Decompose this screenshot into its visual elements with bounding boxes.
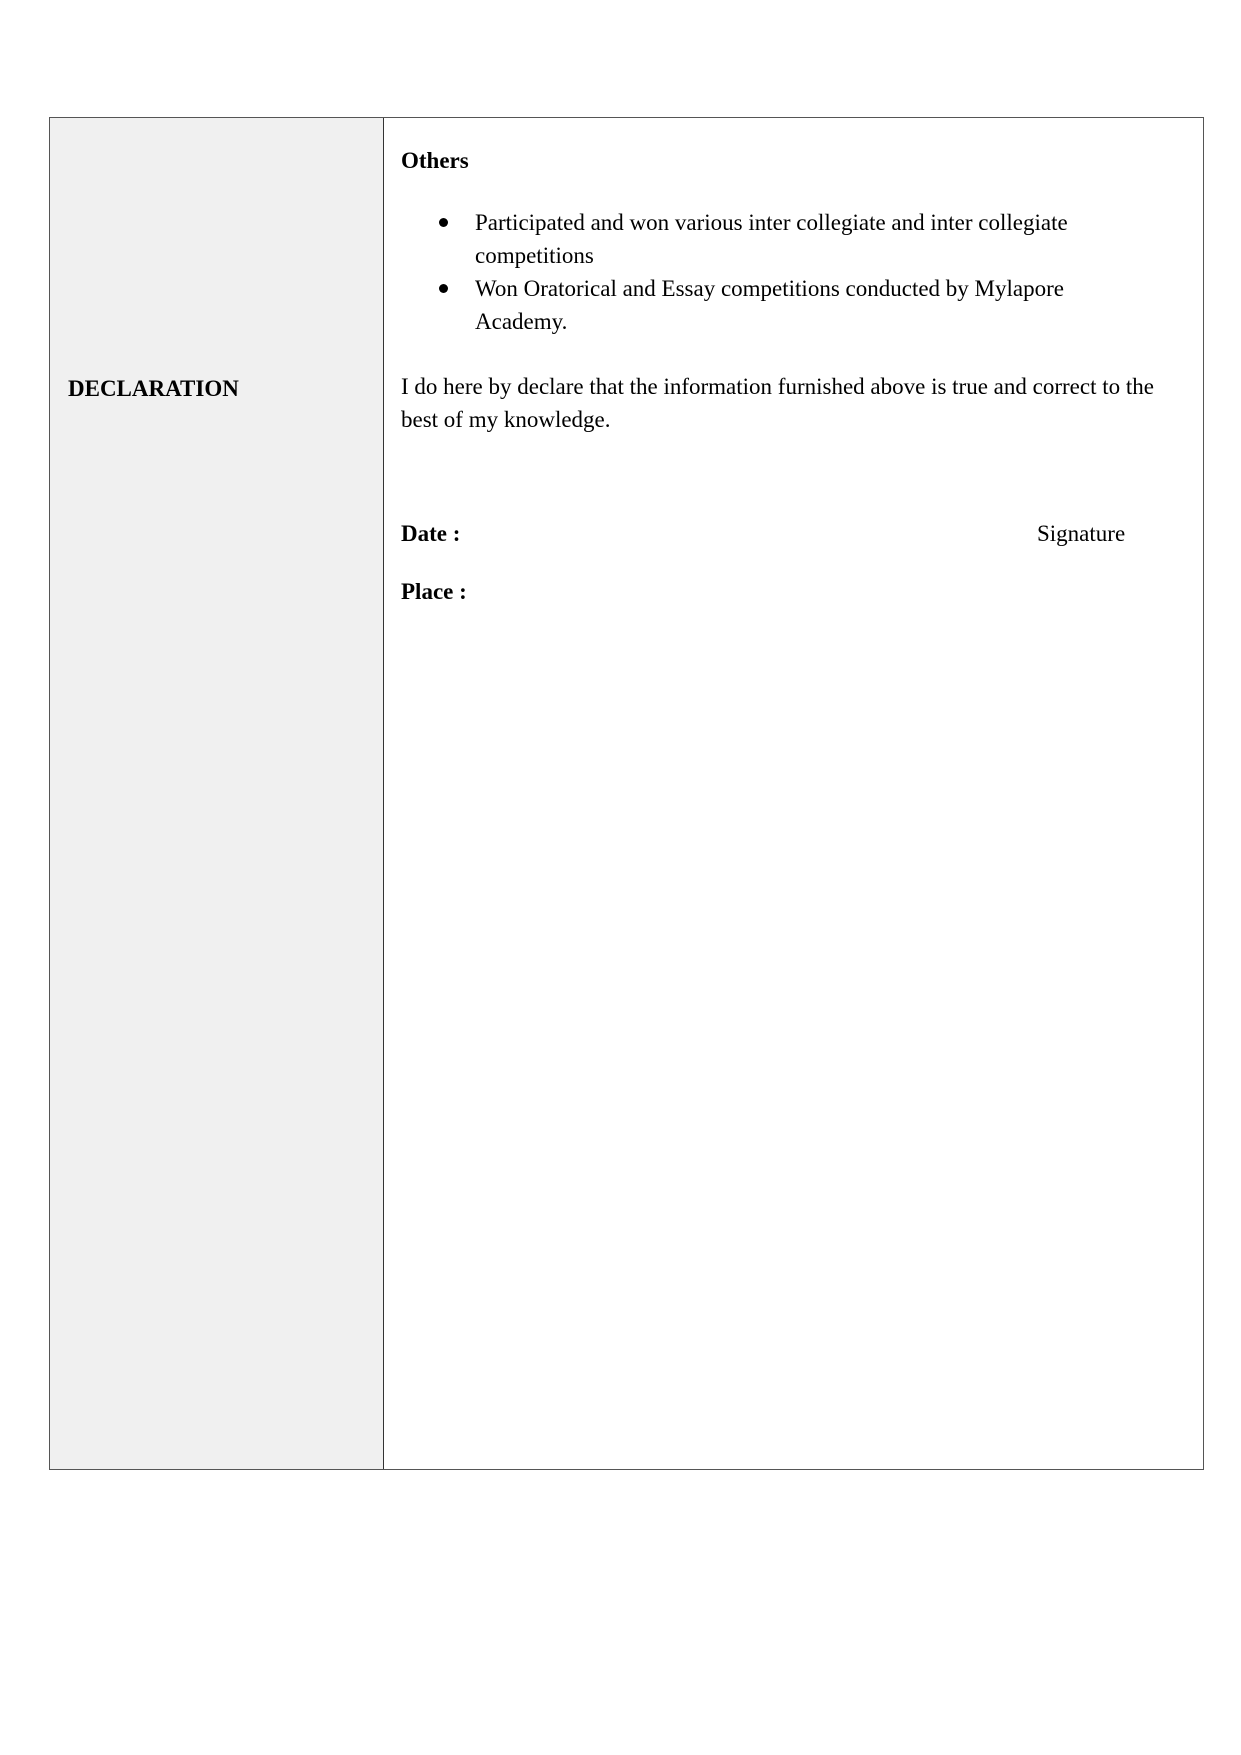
others-list: Participated and won various inter colle… (401, 206, 1141, 338)
section-content-column: Others Participated and won various inte… (384, 118, 1203, 1469)
place-label: Place : (401, 579, 467, 605)
bullet-icon (439, 218, 448, 227)
list-item: Participated and won various inter colle… (401, 206, 1141, 272)
list-item-text: Won Oratorical and Essay competitions co… (475, 276, 1064, 334)
list-item: Won Oratorical and Essay competitions co… (401, 272, 1141, 338)
declaration-heading: DECLARATION (68, 376, 239, 402)
resume-declaration-table: DECLARATION Others Participated and won … (49, 117, 1204, 1470)
bullet-icon (439, 284, 448, 293)
section-label-column: DECLARATION (50, 118, 384, 1469)
signature-label: Signature (1037, 521, 1125, 547)
others-title: Others (401, 148, 469, 174)
list-item-text: Participated and won various inter colle… (475, 210, 1068, 268)
date-label: Date : (401, 521, 460, 547)
declaration-statement: I do here by declare that the informatio… (401, 370, 1191, 436)
